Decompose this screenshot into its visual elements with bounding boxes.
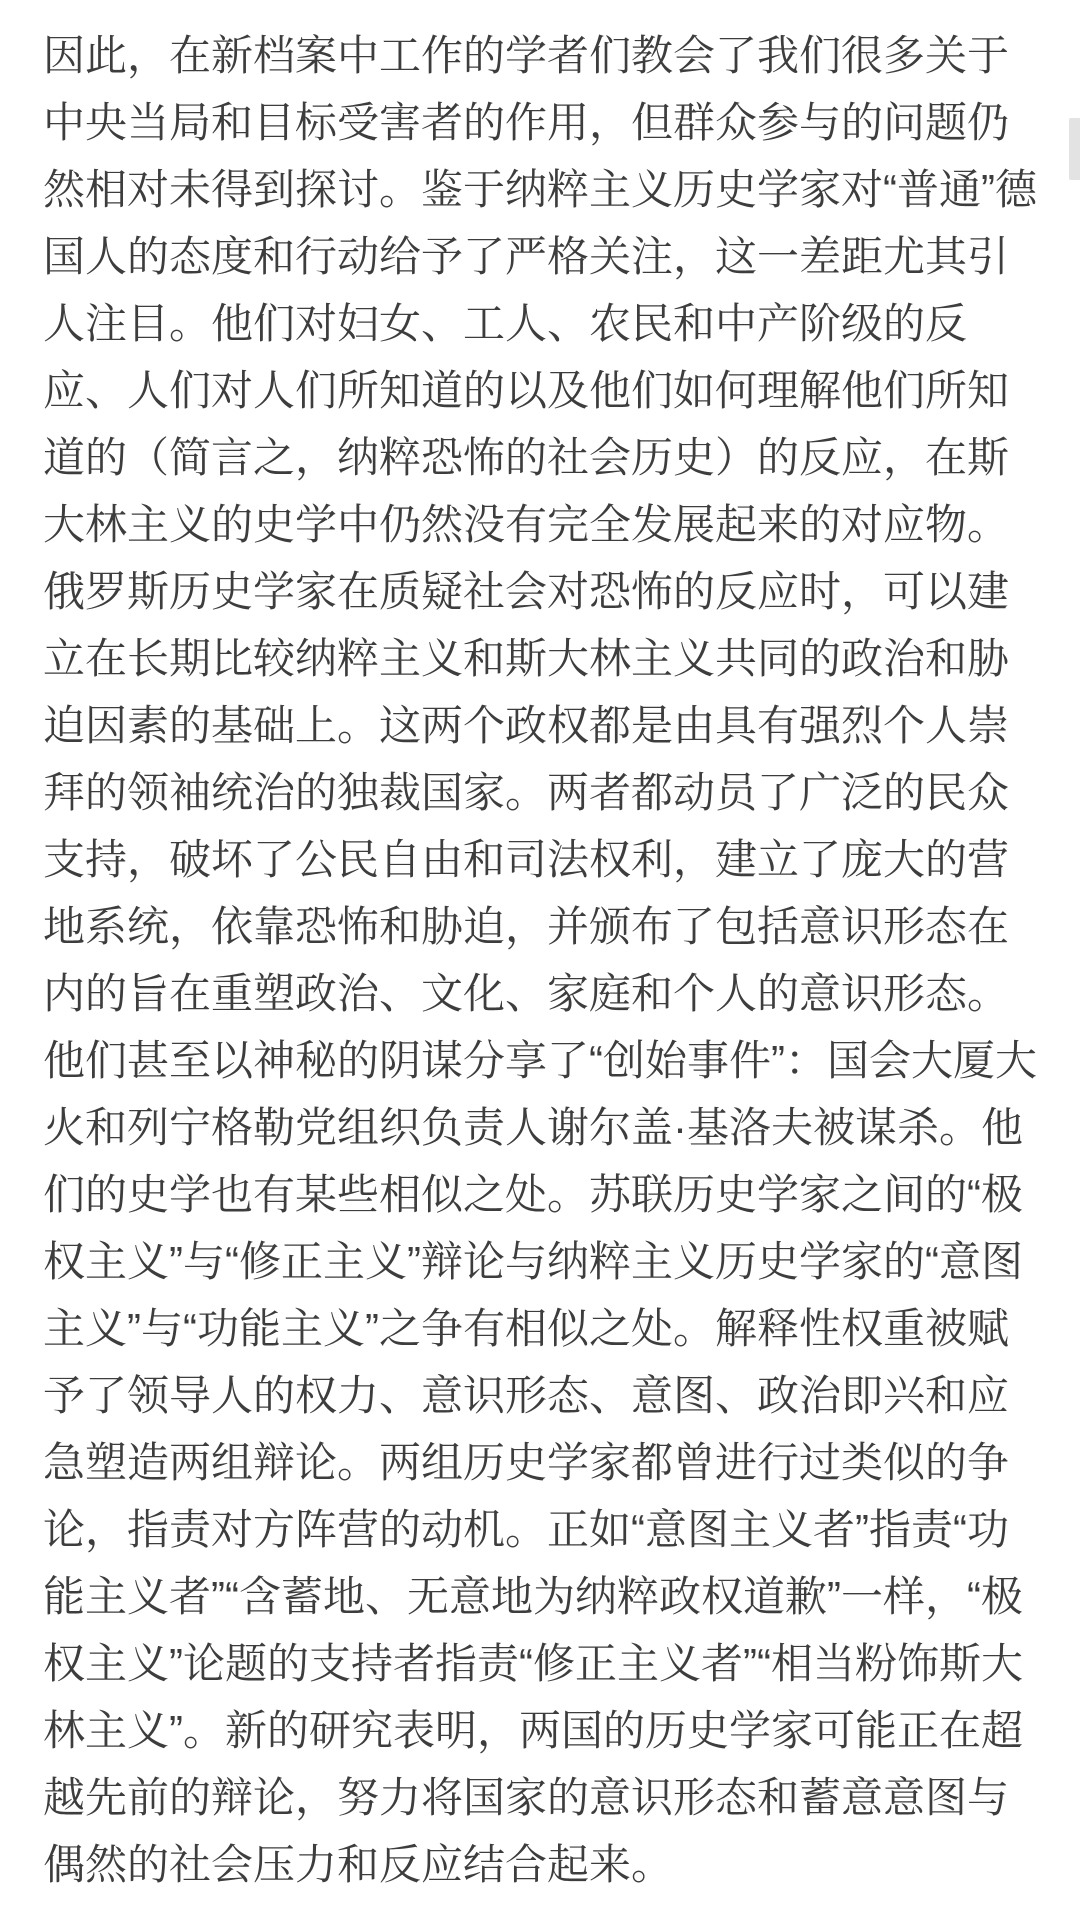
document-page: 因此，在新档案中工作的学者们教会了我们很多关于中央当局和目标受害者的作用，但群众… (0, 0, 1080, 1909)
text-line: 大林主义的史学中仍然没有完全发展起来的对应物。 (43, 491, 1050, 558)
text-line: 拜的领袖统治的独裁国家。两者都动员了广泛的民众 (43, 759, 1050, 826)
text-line: 主义”与“功能主义”之争有相似之处。解释性权重被赋 (43, 1295, 1050, 1362)
text-line: 俄罗斯历史学家在质疑社会对恐怖的反应时，可以建 (43, 558, 1050, 625)
text-line: 然相对未得到探讨。鉴于纳粹主义历史学家对“普通”德 (43, 156, 1050, 223)
text-line: 道的（简言之，纳粹恐怖的社会历史）的反应，在斯 (43, 424, 1050, 491)
text-line: 地系统，依靠恐怖和胁迫，并颁布了包括意识形态在 (43, 893, 1050, 960)
text-line: 因此，在新档案中工作的学者们教会了我们很多关于 (43, 22, 1050, 89)
text-line: 急塑造两组辩论。两组历史学家都曾进行过类似的争 (43, 1429, 1050, 1496)
text-line: 权主义”与“修正主义”辩论与纳粹主义历史学家的“意图 (43, 1228, 1050, 1295)
text-line: 人注目。他们对妇女、工人、农民和中产阶级的反 (43, 290, 1050, 357)
text-line: 中央当局和目标受害者的作用，但群众参与的问题仍 (43, 89, 1050, 156)
text-line: 林主义”。新的研究表明，两国的历史学家可能正在超 (43, 1697, 1050, 1764)
text-line: 权主义”论题的支持者指责“修正主义者”“相当粉饰斯大 (43, 1630, 1050, 1697)
text-line: 论，指责对方阵营的动机。正如“意图主义者”指责“功 (43, 1496, 1050, 1563)
text-line: 支持，破坏了公民自由和司法权利，建立了庞大的营 (43, 826, 1050, 893)
text-line: 越先前的辩论，努力将国家的意识形态和蓄意意图与 (43, 1764, 1050, 1831)
text-line: 能主义者”“含蓄地、无意地为纳粹政权道歉”一样，“极 (43, 1563, 1050, 1630)
text-line: 予了领导人的权力、意识形态、意图、政治即兴和应 (43, 1362, 1050, 1429)
paragraph: 因此，在新档案中工作的学者们教会了我们很多关于中央当局和目标受害者的作用，但群众… (43, 22, 1050, 1898)
text-line: 迫因素的基础上。这两个政权都是由具有强烈个人崇 (43, 692, 1050, 759)
text-line: 应、人们对人们所知道的以及他们如何理解他们所知 (43, 357, 1050, 424)
text-line: 他们甚至以神秘的阴谋分享了“创始事件”：国会大厦大 (43, 1027, 1050, 1094)
text-line: 火和列宁格勒党组织负责人谢尔盖·基洛夫被谋杀。他 (43, 1094, 1050, 1161)
text-line: 偶然的社会压力和反应结合起来。 (43, 1831, 1050, 1898)
scrollbar-thumb[interactable] (1069, 118, 1080, 180)
text-line: 们的史学也有某些相似之处。苏联历史学家之间的“极 (43, 1161, 1050, 1228)
text-line: 国人的态度和行动给予了严格关注，这一差距尤其引 (43, 223, 1050, 290)
text-line: 立在长期比较纳粹主义和斯大林主义共同的政治和胁 (43, 625, 1050, 692)
text-line: 内的旨在重塑政治、文化、家庭和个人的意识形态。 (43, 960, 1050, 1027)
